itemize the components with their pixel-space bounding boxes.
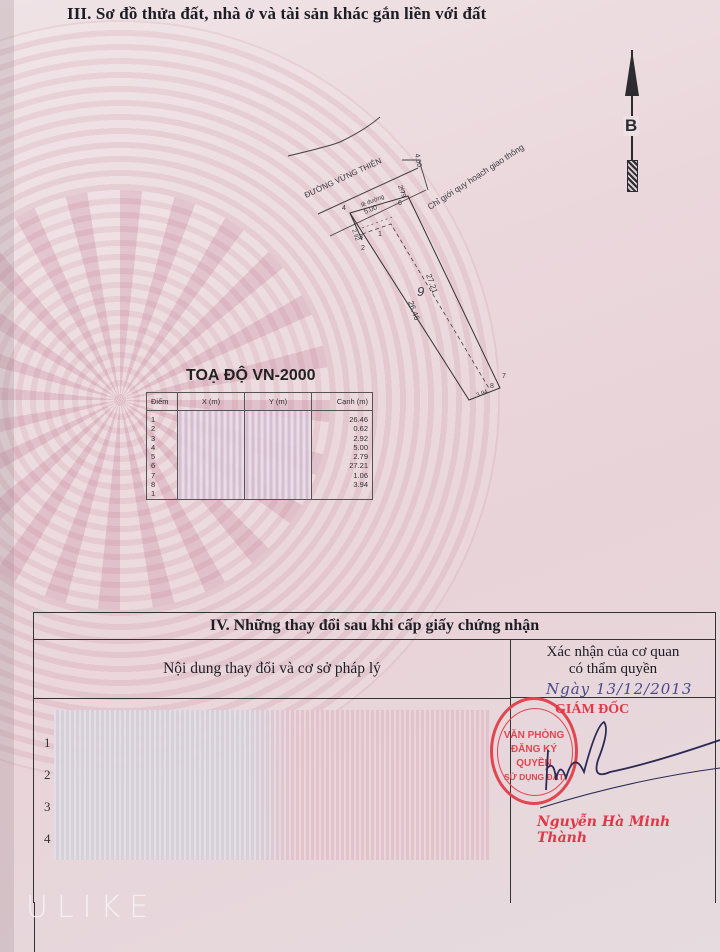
point-cell: 4: [147, 443, 178, 452]
x-cell-redacted: [178, 471, 245, 480]
y-cell-redacted: [245, 452, 312, 461]
x-cell-redacted: [178, 443, 245, 452]
coord-row: 32.92: [147, 434, 373, 443]
x-cell-redacted: [178, 424, 245, 433]
coord-row: 20.62: [147, 424, 373, 433]
edge-cell: 27.21: [312, 461, 373, 470]
point-cell: 1: [147, 411, 178, 425]
point-cell: 6: [147, 461, 178, 470]
coord-row: 71.06: [147, 471, 373, 480]
edge-cell: 2.92: [312, 434, 373, 443]
x-cell-redacted: [178, 480, 245, 489]
edge-cell: 2.79: [312, 452, 373, 461]
x-cell-redacted: [178, 411, 245, 425]
point-cell: 2: [147, 424, 178, 433]
header-edge: Cạnh (m): [312, 393, 373, 411]
point-cell: 7: [147, 471, 178, 480]
header-x: X (m): [178, 393, 245, 411]
y-cell-redacted: [245, 411, 312, 425]
signer-title: GIÁM ĐỐC: [555, 702, 629, 718]
x-cell-redacted: [178, 452, 245, 461]
point-cell: 8: [147, 480, 178, 489]
y-cell-redacted: [245, 471, 312, 480]
section-4-title: IV. Những thay đổi sau khi cấp giấy chứn…: [34, 613, 715, 640]
signature-icon: [540, 720, 720, 810]
changes-content-header: Nội dung thay đổi và cơ sở pháp lý: [34, 640, 511, 699]
coordinate-table: Điểm X (m) Y (m) Cạnh (m) 126.4620.6232.…: [146, 392, 373, 500]
coord-row: 627.21: [147, 461, 373, 470]
svg-text:7: 7: [502, 373, 506, 380]
edge-cell: 0.62: [312, 424, 373, 433]
edge-cell: [312, 489, 373, 499]
coord-row: 1: [147, 489, 373, 499]
point-cell: 1: [147, 489, 178, 499]
header-y: Y (m): [245, 393, 312, 411]
coord-row: 126.46: [147, 411, 373, 425]
coord-table-title: TOẠ ĐỘ VN-2000: [186, 367, 316, 385]
y-cell-redacted: [245, 489, 312, 499]
coord-row: 52.79: [147, 452, 373, 461]
edge-cell: 26.46: [312, 411, 373, 425]
y-cell-redacted: [245, 480, 312, 489]
edge-cell: 5.00: [312, 443, 373, 452]
signer-name: Nguyễn Hà Minh Thành: [537, 814, 720, 846]
point-cell: 5: [147, 452, 178, 461]
y-cell-redacted: [245, 461, 312, 470]
y-cell-redacted: [245, 434, 312, 443]
coord-row: 45.00: [147, 443, 373, 452]
y-cell-redacted: [245, 424, 312, 433]
edge-cell: 1.06: [312, 471, 373, 480]
north-label: B: [623, 116, 639, 136]
redacted-content: [54, 710, 490, 860]
x-cell-redacted: [178, 489, 245, 499]
watermark-text: ULIKE: [26, 890, 157, 925]
point-cell: 3: [147, 434, 178, 443]
page-fold-shadow: [0, 0, 14, 952]
section-3-title: III. Sơ đồ thửa đất, nhà ở và tài sản kh…: [67, 4, 486, 24]
edge-cell: 3.94: [312, 480, 373, 489]
x-cell-redacted: [178, 461, 245, 470]
north-arrow-icon: B: [622, 50, 642, 190]
header-point: Điểm: [147, 393, 178, 411]
x-cell-redacted: [178, 434, 245, 443]
handwritten-date: Ngày 13/12/2013: [546, 680, 692, 698]
y-cell-redacted: [245, 443, 312, 452]
coord-row: 83.94: [147, 480, 373, 489]
